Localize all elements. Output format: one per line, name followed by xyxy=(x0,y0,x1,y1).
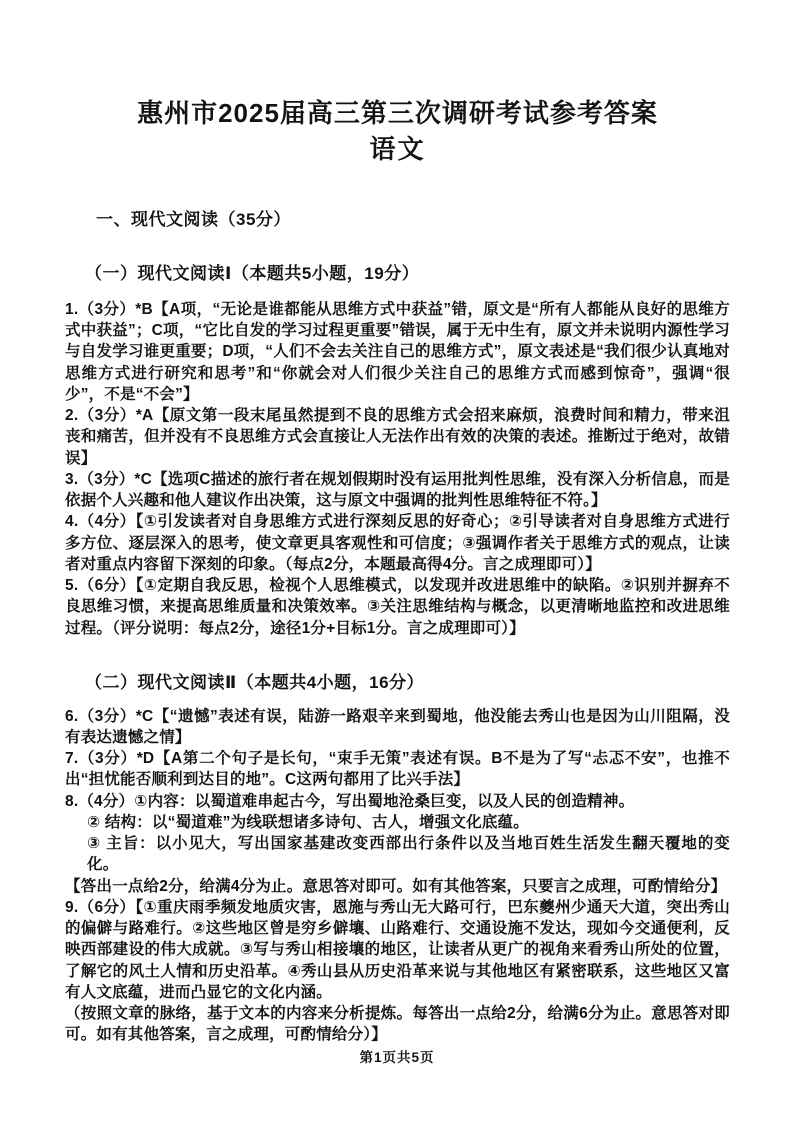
document-content: 惠州市2025届高三第三次调研考试参考答案 语文 一、现代文阅读（35分） （一… xyxy=(0,0,794,1046)
answer-q8-structure: ② 结构：以“蜀道难”为线联想诸多诗句、古人，增强文化底蕴。 xyxy=(65,812,730,833)
subsection-heading-reading-2: （二）现代文阅读Ⅱ（本题共4小题，16分） xyxy=(65,668,730,693)
answer-q3: 3.（3分）*C【选项C描述的旅行者在规划假期时没有运用批判性思维，没有深入分析… xyxy=(65,469,730,511)
answer-q8-content: 8.（4分）①内容：以蜀道难串起古今，写出蜀地沧桑巨变，以及人民的创造精神。 xyxy=(65,791,730,812)
page-number: 第1页共5页 xyxy=(0,1046,794,1066)
answer-q7: 7.（3分）*D【A第二个句子是长句，“束手无策”表述有误。B不是为了写“忐忑不… xyxy=(65,748,730,790)
answer-q9-scoring-note: （按照文章的脉络，基于文本的内容来分析提炼。每答出一点给2分，给满6分为止。意思… xyxy=(65,1003,730,1045)
answer-q1: 1.（3分）*B【A项，“无论是谁都能从思维方式中获益”错，原文是“所有人都能从… xyxy=(65,299,730,405)
answer-q6: 6.（3分）*C【“遗憾”表述有误，陆游一路艰辛来到蜀地，他没能去秀山也是因为山… xyxy=(65,706,730,748)
document-subtitle: 语文 xyxy=(65,133,730,166)
answer-q8-group: 8.（4分）①内容：以蜀道难串起古今，写出蜀地沧桑巨变，以及人民的创造精神。 ②… xyxy=(65,791,730,897)
document-title: 惠州市2025届高三第三次调研考试参考答案 xyxy=(65,0,730,130)
subsection-heading-reading-1: （一）现代文阅读Ⅰ（本题共5小题，19分） xyxy=(65,259,730,284)
answer-q5: 5.（6分）【①定期自我反思，检视个人思维模式，以发现并改进思维中的缺陷。②识别… xyxy=(65,575,730,639)
answers-reading-2: 6.（3分）*C【“遗憾”表述有误，陆游一路艰辛来到蜀地，他没能去秀山也是因为山… xyxy=(65,706,730,1046)
answer-q4: 4.（4分）【①引发读者对自身思维方式进行深刻反思的好奇心；②引导读者对自身思维… xyxy=(65,511,730,575)
answer-q8-theme: ③ 主旨：以小见大，写出国家基建改变西部出行条件以及当地百姓生活发生翻天覆地的变… xyxy=(65,833,730,875)
answer-q8-scoring-note: 【答出一点给2分，给满4分为止。意思答对即可。如有其他答案，只要言之成理，可酌情… xyxy=(65,876,730,897)
answer-q2: 2.（3分）*A【原文第一段末尾虽然提到不良的思维方式会招来麻烦，浪费时间和精力… xyxy=(65,405,730,469)
answers-reading-1: 1.（3分）*B【A项，“无论是谁都能从思维方式中获益”错，原文是“所有人都能从… xyxy=(65,299,730,639)
document-page: 惠州市2025届高三第三次调研考试参考答案 语文 一、现代文阅读（35分） （一… xyxy=(0,0,794,1123)
section-heading-modern-reading: 一、现代文阅读（35分） xyxy=(65,205,730,230)
answer-q9: 9.（6分）【①重庆雨季频发地质灾害，恩施与秀山无大路可行，巴东夔州少通天大道，… xyxy=(65,897,730,1003)
